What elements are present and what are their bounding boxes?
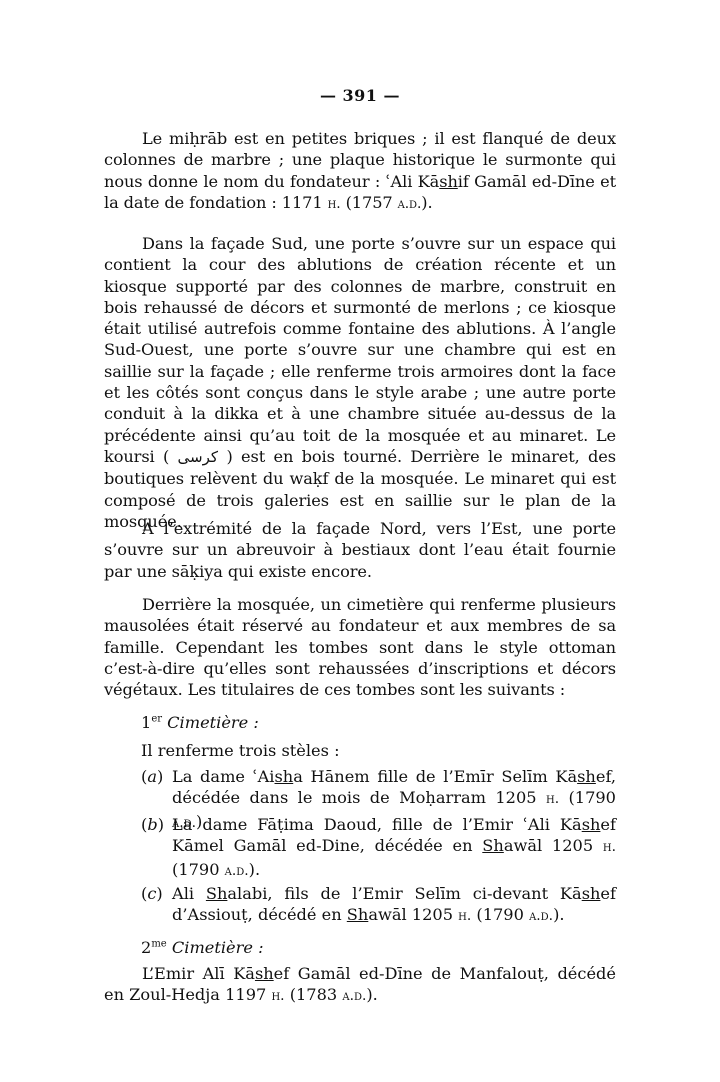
text: La dame Fāṭima Daoud, fille de l’Emir ʿA… bbox=[172, 815, 582, 834]
text: awāl 1205 bbox=[368, 905, 458, 924]
text: sh bbox=[255, 964, 274, 983]
text: h. bbox=[603, 839, 616, 855]
item-label: (a) bbox=[141, 766, 163, 787]
text: sh bbox=[577, 767, 596, 786]
cemetery-1-lead: Il renferme trois stèles : bbox=[141, 741, 340, 760]
heading-cemetery-1: 1er Cimetière : bbox=[141, 713, 259, 732]
text: ). bbox=[249, 860, 260, 879]
text: Ali bbox=[172, 884, 206, 903]
text: (1790 bbox=[559, 788, 616, 807]
text: Cimetière : bbox=[167, 713, 259, 732]
paragraph-mihrab: Le miḥrāb est en petites briques ; il es… bbox=[104, 128, 616, 215]
text: Sh bbox=[347, 905, 369, 924]
text: a.d. bbox=[225, 863, 249, 879]
paragraph-cimetiere: Derrière la mosquée, un cimetière qui re… bbox=[104, 594, 616, 700]
paragraph-cemetery-2: L’Emir Alī Kāshef Gamāl ed-Dīne de Manfa… bbox=[104, 963, 616, 1008]
text: 2 bbox=[141, 938, 151, 957]
text: me bbox=[151, 939, 166, 950]
text: a.d. bbox=[529, 908, 553, 924]
heading-cemetery-2: 2me Cimetière : bbox=[141, 938, 264, 957]
text: (1757 bbox=[341, 193, 398, 212]
text: (1790 bbox=[172, 860, 225, 879]
text: awāl 1205 bbox=[504, 836, 603, 855]
text: b bbox=[147, 815, 157, 834]
text: ). bbox=[366, 985, 377, 1004]
text: (1783 bbox=[285, 985, 343, 1004]
text: h. bbox=[458, 908, 471, 924]
text: a bbox=[147, 767, 157, 786]
item-label: (c) bbox=[141, 883, 163, 904]
text: Sh bbox=[206, 884, 228, 903]
text: (1790 bbox=[471, 905, 529, 924]
text: Cimetière : bbox=[172, 938, 264, 957]
text: a Hānem fille de l’Emīr Selīm Kā bbox=[293, 767, 577, 786]
page-number: — 391 — bbox=[0, 86, 720, 105]
paragraph-facade-sud: Dans la façade Sud, une porte s’ouvre su… bbox=[104, 233, 616, 532]
text: h. bbox=[546, 791, 559, 807]
text: sh bbox=[582, 815, 601, 834]
text: Dans la façade Sud, une porte s’ouvre su… bbox=[104, 234, 616, 466]
document-page: — 391 — Le miḥrāb est en petites briques… bbox=[0, 0, 720, 1082]
text: sh bbox=[275, 767, 294, 786]
text: c bbox=[147, 884, 156, 903]
text: a.d. bbox=[398, 196, 422, 212]
stele-item-c: (c) Ali Shalabi, fils de l’Emir Selīm ci… bbox=[141, 883, 616, 928]
text: La dame ʿAi bbox=[172, 767, 275, 786]
arabic-word: كرسى bbox=[178, 448, 219, 466]
text: ). bbox=[421, 193, 432, 212]
text: h. bbox=[271, 988, 284, 1004]
paragraph-facade-nord: A l’extrémité de la façade Nord, vers l’… bbox=[104, 518, 616, 582]
text: h. bbox=[328, 196, 341, 212]
text: Sh bbox=[482, 836, 504, 855]
stele-item-b: (b) La dame Fāṭima Daoud, fille de l’Emi… bbox=[141, 814, 616, 882]
text: L’Emir Alī Kā bbox=[142, 964, 255, 983]
text: ). bbox=[553, 905, 564, 924]
text: alabi, fils de l’Emir Selīm ci-devant Kā bbox=[227, 884, 581, 903]
text: A l’extrémité de la façade Nord, vers l’… bbox=[104, 518, 616, 582]
text: Derrière la mosquée, un cimetière qui re… bbox=[104, 594, 616, 700]
text: er bbox=[151, 714, 162, 725]
text: sh bbox=[582, 884, 601, 903]
text: 1 bbox=[141, 713, 151, 732]
text: sh bbox=[439, 172, 458, 191]
item-label: (b) bbox=[141, 814, 164, 835]
text: a.d. bbox=[342, 988, 366, 1004]
